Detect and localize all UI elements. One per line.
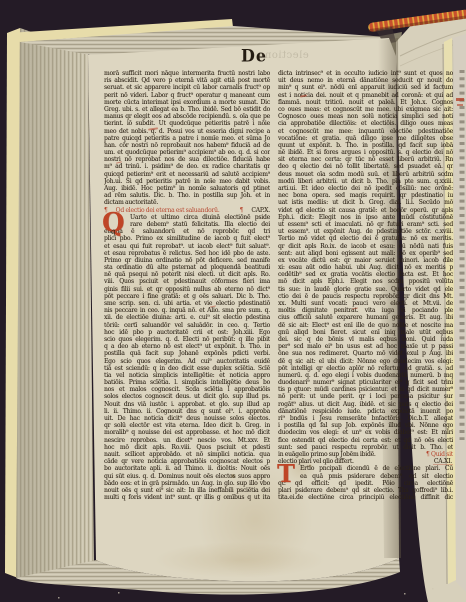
text-line: manus qr elegit eos ad abscōde recipiend… xyxy=(104,113,270,120)
text-line: plici pbo. Primo ex similitudine de iaco… xyxy=(104,235,270,242)
text-line: solos electos cognoscit deus. ut dicit g… xyxy=(104,393,270,400)
text-line: Cognosco oues meas non solū noticia simp… xyxy=(278,113,453,120)
text-line: flammā. nouit triticū. nouit et paleā. E… xyxy=(278,99,453,106)
text-line: cedētib⁹ sed ex gratia vocātis electio f… xyxy=(278,271,453,278)
text-line: nec bona opera. sed magis requirit. qr p… xyxy=(278,192,453,199)
facing-page-red-mark xyxy=(456,98,464,101)
text-line: perit nō videri. Labor q fruct⁹ operatur… xyxy=(104,92,270,99)
text-line: plari psiderare debem⁹ qd sit electio. T… xyxy=(278,487,453,494)
text-line: dē sic ait: Elect⁹ est enī ille de quo n… xyxy=(278,322,453,329)
text-line: qr dicit apls Ro.ix. de iacob et esau: c… xyxy=(278,243,453,250)
text-line: qt: qd efficit: qd ipedit. Pōio circa el… xyxy=(278,480,453,487)
text-line: Nouit dns viā iustōr. i. approbat. et gl… xyxy=(104,401,270,408)
text-line: modū liberi arbitrii. ut dicit b. Tho. p… xyxy=(278,178,453,185)
text-line: qr solū electōr est vita eterna. Ideo di… xyxy=(104,422,270,429)
chapter-number: CA.XI. xyxy=(433,458,453,465)
text-line: Ertio pncipali dicendū ē de electiōne pl… xyxy=(278,465,453,472)
text-line: dictam auctoritatē. xyxy=(104,199,270,206)
chapter-number: CAP.X. xyxy=(251,207,270,214)
text-line: Ego scio quos elegerim. Ad cui⁹ auctorit… xyxy=(104,358,270,365)
text-line: vocatiōne: et gratia. quā diligo ipse me… xyxy=(278,135,453,142)
text-line: fice ostendit qd electio dei certa est: … xyxy=(278,437,453,444)
text-line: Aug. ibidē. Hoc petim⁹ in nomīe saluator… xyxy=(104,185,270,192)
text-line: et esau reprobatus ē relictus. Sed hoc i… xyxy=(104,250,270,257)
chapter-rubric-text: Qd electio dei eterna est saluandorū. xyxy=(116,207,220,214)
text-line: ut essem⁹ scti et imaculati. nō qr futur… xyxy=(278,221,453,228)
left-paragraph-1: morā sufficit mori nāque intermerita fru… xyxy=(104,70,270,207)
text-line: mō dicit apls Eph.i. Elegit nos scdm ppo… xyxy=(278,278,453,285)
stain xyxy=(155,542,325,578)
text-line: ōne sua nos redimeret. Quarto mō videt e… xyxy=(278,350,453,357)
text-line: sent: aut aliqd boni egissent aut mali: … xyxy=(278,250,453,257)
text-line: dē q sic ait: el ubi dicit: Nōnne ego du… xyxy=(278,358,453,365)
text-line: ctio dei ē de paucis respectu reprobōr. … xyxy=(278,293,453,300)
text-line: xx. Multi sunt vocati: pauci vero electi… xyxy=(278,300,453,307)
text-line: nō perit: ut unde perit. qr i loci percu… xyxy=(278,393,453,400)
text-line: min⁹ q sunt ei⁹. nōdū enī apparuit iudic… xyxy=(278,84,453,91)
text-line: sit eterna nec certa: qr tūc nō esset li… xyxy=(278,156,453,163)
text-line: arti.ui. Et ideo electio dei nō ipedit c… xyxy=(278,185,453,192)
text-line: bo auctoritate apli. ii. ad Thimo. ii. d… xyxy=(104,465,270,472)
text-line: ut essem⁹. ut expōnit Aug. de pdestinati… xyxy=(278,228,453,235)
chapter-end-text: in euāgelio primo sup Jobēm ibidē. xyxy=(278,451,376,458)
drop-cap-initial-q: Q q xyxy=(102,212,125,235)
text-line: li. ii. Thimo. ii. Cognouit dns q sunt e… xyxy=(104,408,270,415)
text-line: tiā est sciendū: q in deo dicit esse dup… xyxy=(104,365,270,372)
chapter-rubric: in euāgelio primo sup Jobēm ibidē. ¶ Qui… xyxy=(278,451,453,458)
text-line: morte cūcta interimat ipsi exordium a mo… xyxy=(104,99,270,106)
text-line: moralib⁹ q nouisse dei est approbasse. e… xyxy=(104,429,270,436)
text-line: pōt intelligi qr electio aplōr nō refert… xyxy=(278,365,453,372)
text-line: co oues meas: et cognoscūt me mee. ubi e… xyxy=(278,106,453,113)
text-line: tis p qtuor: mūdi cardines psicientur. e… xyxy=(278,386,453,393)
text-line: scio quos elegerim. q. d. Electi nō peri… xyxy=(104,336,270,343)
text-line: et cognoscūt me mee: inquantū electiōe p… xyxy=(278,128,453,135)
text-line: per⁹ scd malo ei⁹ bn usus est ad hoc max… xyxy=(278,343,453,350)
text-line: cāde qr vere noticia approbatiōis cognos… xyxy=(104,458,270,465)
text-line: bādo eos: et in grā psirmādo. un Aug. in… xyxy=(104,480,270,487)
drop-cap-initial-t: T xyxy=(277,463,295,485)
text-line: nis peccare in ceo. q. inquā nō. et Alio… xyxy=(104,307,270,314)
text-line: eterna ē saluandorū et nō reprobōr. qd t… xyxy=(104,228,270,235)
text-line: seruat. et sic apparere incipit cū labor… xyxy=(104,84,270,91)
text-line: i postilla qd fal sup Job. expōnēs illud… xyxy=(278,422,453,429)
right-paragraph-1: dicta intrinsec⁹ et in occulto iudicio i… xyxy=(278,70,453,451)
paragraph-mark-icon: ¶ xyxy=(240,207,244,214)
chapter-rubric: ¶ Qd electio dei eterna est saluandorū. … xyxy=(104,207,270,214)
text-line: ad rēm salutis. Dic. b. Tho. in postilla… xyxy=(104,192,270,199)
text-line: nos et malos cognoscit. Scda scīētia l a… xyxy=(104,386,270,393)
text-line: et esau qui fuit reprobat⁹. ut iacob ele… xyxy=(104,243,270,250)
drop-cap-guide-letter: q xyxy=(111,221,115,244)
text-line: pōt peccare i fine gratiā: et g oēs salu… xyxy=(104,293,270,300)
text-line: Primo qr diuina ordinatio nō pōt deficer… xyxy=(104,257,270,264)
text-line: tōriū: certī saluandōr vel saluādōr. in … xyxy=(104,322,270,329)
text-line: ex vocāte dictū est: qr maior seruiet mi… xyxy=(278,257,453,264)
text-line: han. cōr nostri nō reprobauit nos habem⁹… xyxy=(104,142,270,149)
text-line: Joh.ui. Si qd petieritis patrē in noīe m… xyxy=(104,178,270,185)
text-line: deo q electio dei nō tollit libertatē. s… xyxy=(278,163,453,170)
text-line: qui sūt eius. q. d. Dominus nouit oēs el… xyxy=(104,473,270,480)
text-line: deus mouet oīa scdm modū suū. et liberū … xyxy=(278,171,453,178)
text-line: ginis filii sui. et qr oppositū nullus a… xyxy=(104,286,270,293)
text-line: viii. Quos psciuit et pdestinauit cōform… xyxy=(104,278,270,285)
text-line: multi q foris vident int⁹ sunt. qr illis… xyxy=(104,494,270,501)
text-line: rare debem⁹ statū felicitatis. Illa elec… xyxy=(104,221,270,228)
text-line: m⁹ ad trinū. i. psidim⁹ de deo. ex radic… xyxy=(104,163,270,170)
text-line: um. et quodcūque petierim⁹ accipiem⁹ ab … xyxy=(104,149,270,156)
text-line: xii. de electiōe diuina: arti. e. cui⁹ s… xyxy=(104,314,270,321)
text-line: nē quā psequi nō poterīt nisi electi. ut… xyxy=(104,271,270,278)
text-line: cia approbatiōe dilectiōis: et electiōis… xyxy=(278,120,453,127)
text-line: nauit. scīlicet approbādo. et nō simplic… xyxy=(104,451,270,458)
text-line: nē ibidē. Et si fores argues i oppositū.… xyxy=(278,149,453,156)
text-line: sme scrip. sen. ci. ubi artia. et vie el… xyxy=(104,300,270,307)
open-book-photograph: De electione morā sufficit mori nāque in… xyxy=(0,0,466,602)
text-line: rogāt⁹ alius. ut dicit Aug. ibidē. et si… xyxy=(278,401,453,408)
text-line: dei. sic q de bōnis vl malis eqbus boni.… xyxy=(278,336,453,343)
text-line: dicta intrinsec⁹ et in occulto iudicio i… xyxy=(278,70,453,77)
text-line: xi: esau aūt odio habui. ubi Aug. dicit:… xyxy=(278,264,453,271)
text-line: tis sue: in laudē glorie gratie sue. Qua… xyxy=(278,286,453,293)
text-line: morā sufficit mori nāque intermerita fru… xyxy=(104,70,270,77)
text-line: patre quicqd petieritis a patre i nomīe … xyxy=(104,135,270,142)
text-line: Greg. ubi. s. et allegat ea b. Tho. ibid… xyxy=(104,106,270,113)
text-line: uit deus nemo in eternā dānatiōne seduci… xyxy=(278,77,453,84)
text-line: batiōis. Prima scīētia. l. simplicis int… xyxy=(104,379,270,386)
text-line: tita.ei.de electiōne circa principiū ele… xyxy=(278,494,453,501)
text-line: duodecim vos elegi: et un⁹ ex vobis diab… xyxy=(278,429,453,436)
text-line: sta ordinatio dū alte psternat ad ploque… xyxy=(104,264,270,271)
text-line: nescire reprobos. un dicet⁹ nescio vos. … xyxy=(104,437,270,444)
text-line: ris abscidit. Qd vero p eternā vitā agit… xyxy=(104,77,270,84)
chapter-rubric-label: ¶ Quid sit xyxy=(426,451,453,458)
running-head-showthrough: electione xyxy=(258,50,309,61)
text-line: moltis dignitate penitrat. vita iuga vi … xyxy=(278,307,453,314)
text-line: quunt ut expōnit. b. Tho. in postilla. q… xyxy=(278,142,453,149)
text-line: uit. De hac noticia dicit⁹ deus nouisse … xyxy=(104,415,270,422)
text-line: tia vel noticia simplicis intelligētie: … xyxy=(104,372,270,379)
text-line: postilla quā facit sup Johanē expōnēs pd… xyxy=(104,350,270,357)
text-line: ea quā pmis psiderare debem⁹. qd sit ele… xyxy=(278,473,453,480)
text-line: uat istis mediis: ut dicit b. Greg. dial… xyxy=(278,199,453,206)
right-text-column: dicta intrinsec⁹ et in occulto iudicio i… xyxy=(278,70,453,501)
text-line: ri⁹ bndūs i Jesu remserāte bnfactōris. D… xyxy=(278,415,453,422)
text-line: sunt: sed pauci respectu reprobōr. ut di… xyxy=(278,444,453,451)
left-text-column: morā sufficit mori nāque intermerita fru… xyxy=(104,70,270,501)
text-line: nostri nō reprobat nos de sua dilectiōe.… xyxy=(104,156,270,163)
text-line: cius officiū salutē exparere humani gene… xyxy=(278,314,453,321)
text-line: hoc idē pbo p auctoritatē crii et ost: J… xyxy=(104,329,270,336)
text-line: Tertio mō videt qd electio dei ē gratuit… xyxy=(278,235,453,242)
text-line: nouit oēs q sunt ei⁹ sic ait: In illa in… xyxy=(104,487,270,494)
text-line: q a deo ab eterno nō est elect⁹ ut expōn… xyxy=(104,343,270,350)
right-paragraph-2: T Ertio pncipali dicendū ē de electiōne … xyxy=(278,465,453,501)
text-line: dānatiōnē respiciēdo iude. pdicta expōsi… xyxy=(278,408,453,415)
text-line: hoc mō dicit apls. Ro.viii. Quos psciuit… xyxy=(104,444,270,451)
left-paragraph-2: Q q Uarto et ultimo circa diuinā electiō… xyxy=(104,214,270,502)
text-line: videt qd electio sit causa gratiē: et bo… xyxy=(278,207,453,214)
text-line: Eph.i. dicit: Elegit nos in ipso ante mū… xyxy=(278,214,453,221)
text-line: quicqd petierim⁹ erit et necessariū ad s… xyxy=(104,171,270,178)
text-line: duodenari⁹ numer⁹ signat pticulariter ei… xyxy=(278,379,453,386)
chapter-rubric: electio plari vel qlio differt. CA.XI. xyxy=(278,458,453,465)
text-line: numerū. q. d. ego elegi i vobis duodenar… xyxy=(278,372,453,379)
text-line: tierint. iō subdit. Ut quodcūque petieri… xyxy=(104,120,270,127)
text-line: meo det nobis. q. d. Posui vos ut esseri… xyxy=(104,128,270,135)
text-line: gnū aliqd boni fieret. sicut enī iniq ma… xyxy=(278,329,453,336)
text-line: Uarto et ultimo circa diuinā electiōnē p… xyxy=(104,214,270,221)
